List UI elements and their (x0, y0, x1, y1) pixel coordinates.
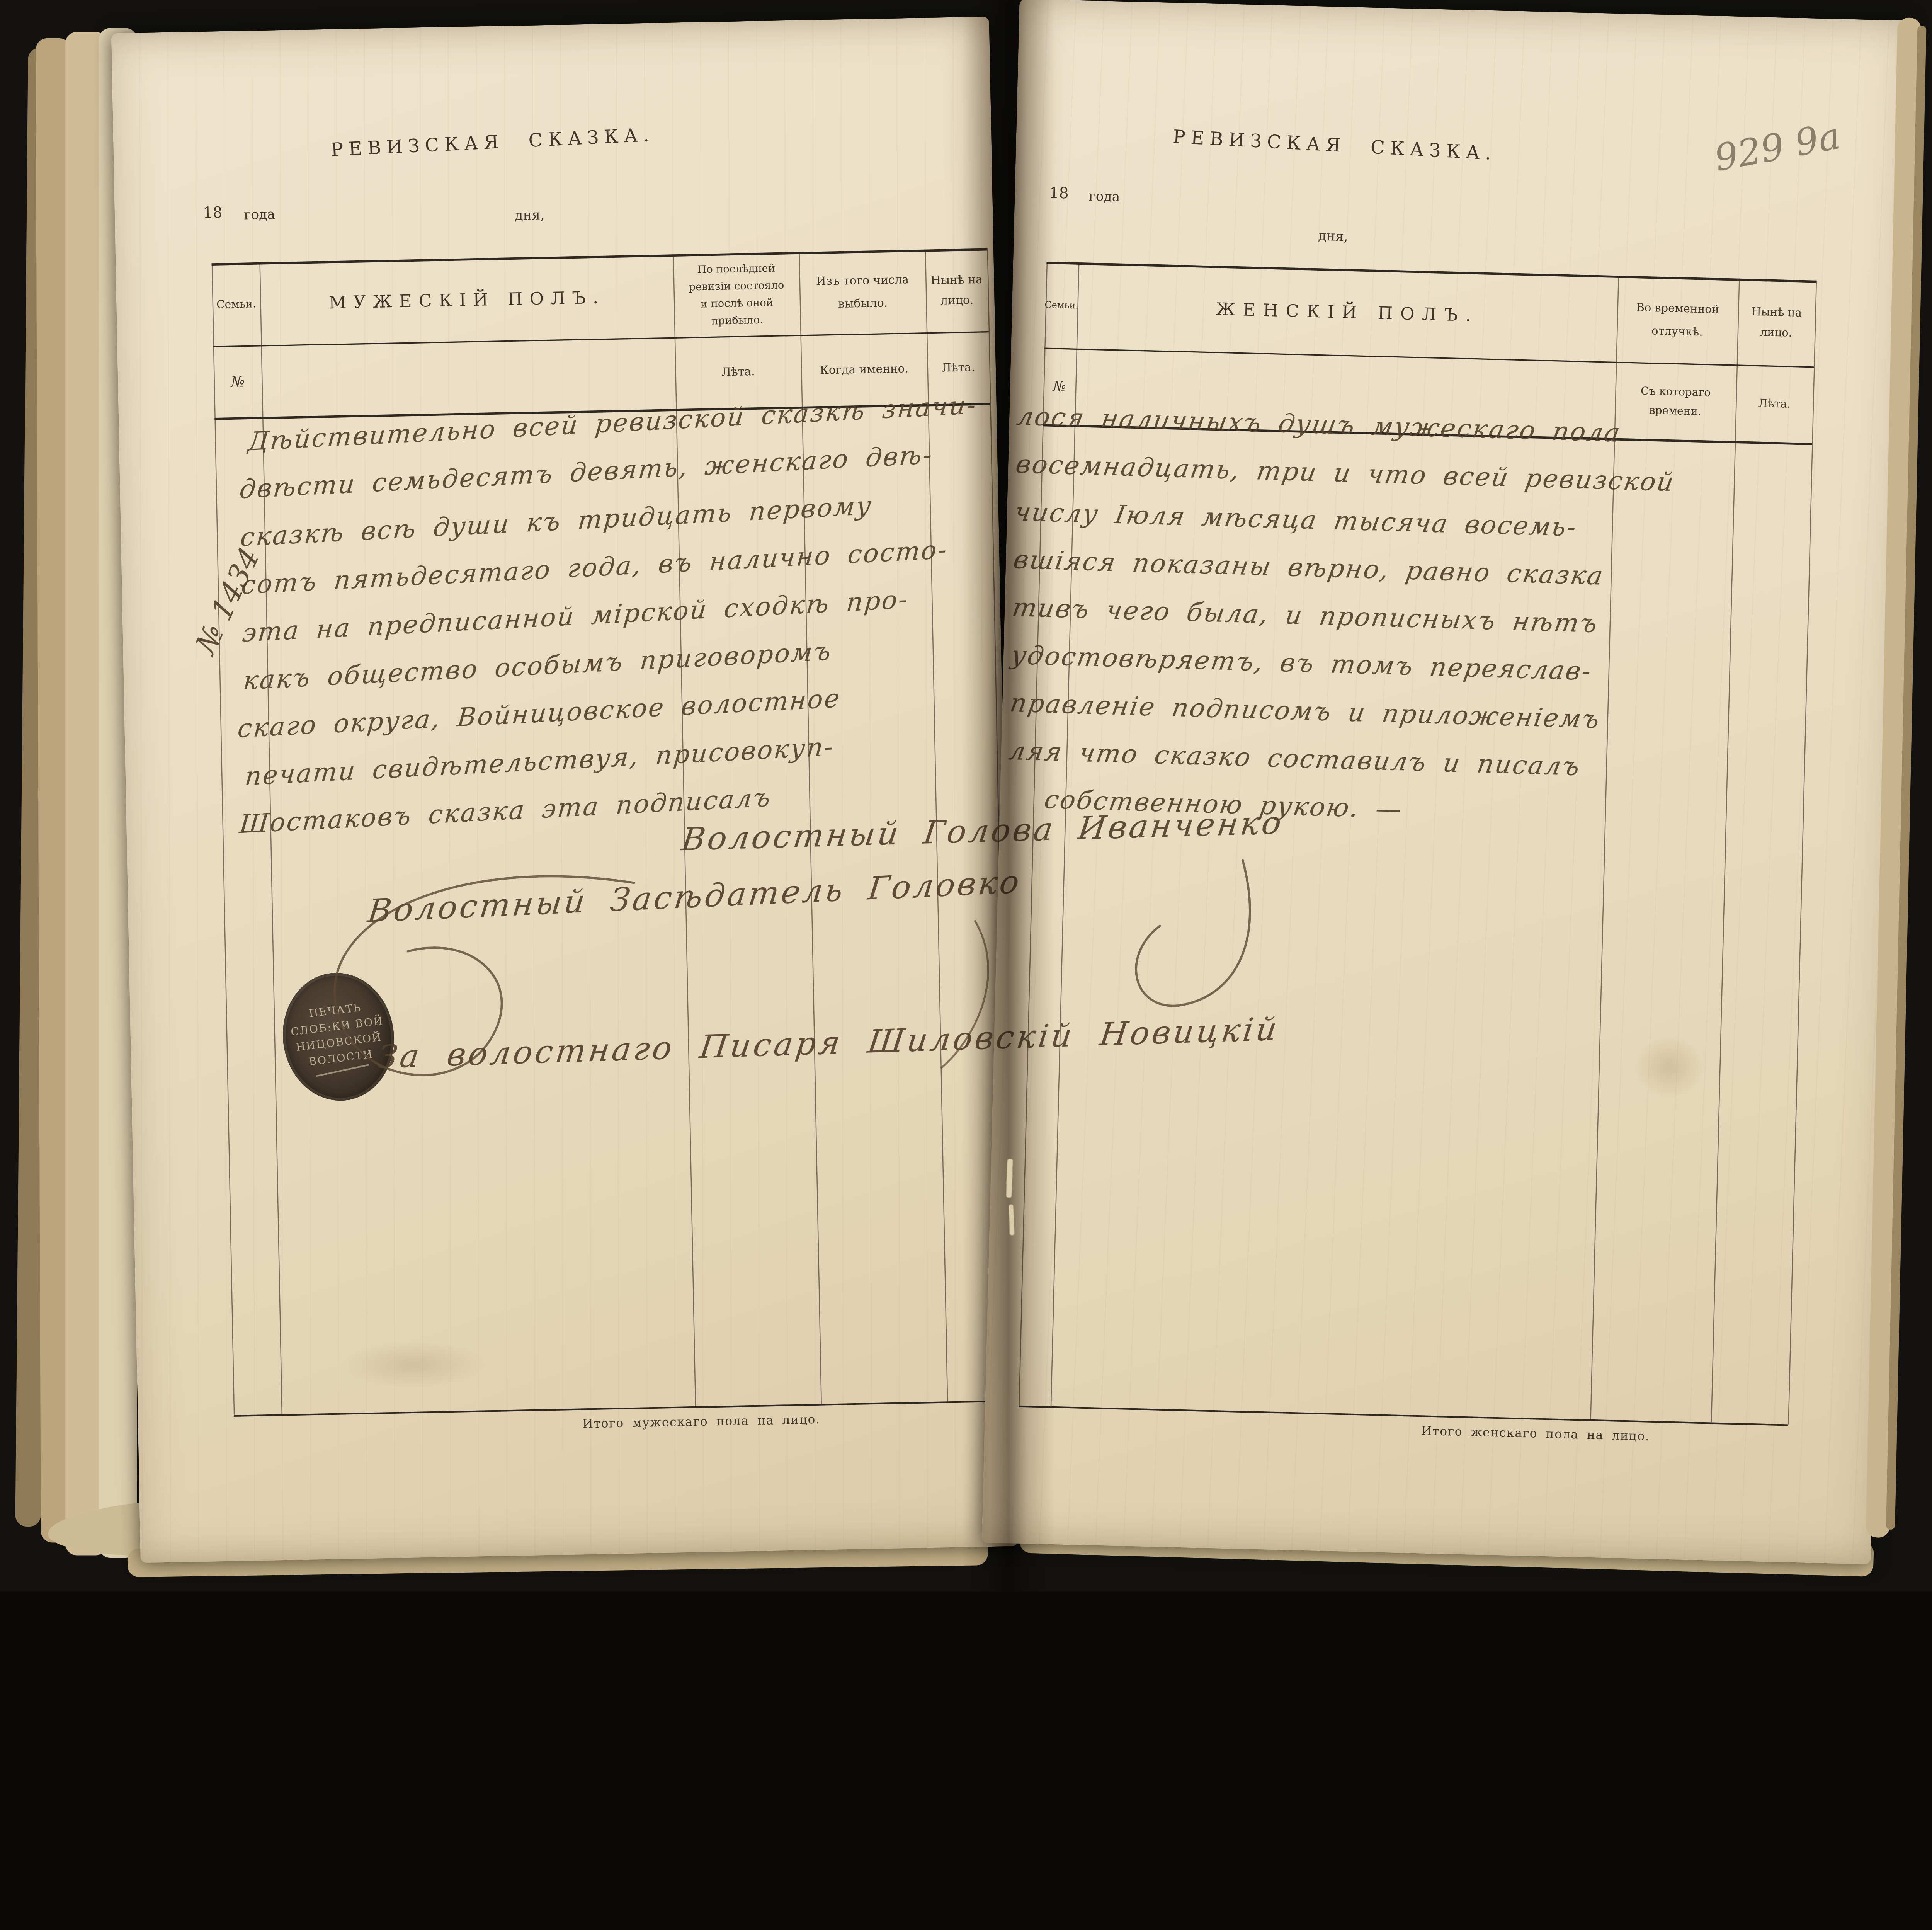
column-rule (1711, 279, 1740, 1423)
subheader-since-when: Съ котораго времени. (1614, 362, 1736, 441)
column-header-label: ЖЕНСКІЙ ПОЛЪ. (1216, 299, 1479, 325)
column-header-label: МУЖЕСКІЙ ПОЛЪ. (328, 287, 605, 313)
female-total-caption: Итого женскаго пола на лицо. (1421, 1424, 1650, 1443)
subheader-label: Лѣта. (942, 361, 975, 374)
manuscript-line: ляя что сказко составилъ и писалъ (1007, 736, 1583, 781)
numero-sign: № (1053, 378, 1066, 395)
year-label: года (244, 206, 276, 223)
year-label: года (1088, 188, 1120, 204)
column-header-previous-revision: По послѣдней ревизіи состояло и послѣ он… (673, 252, 801, 337)
column-header-label: Нынѣ на (1751, 301, 1802, 323)
manuscript-line: тивъ чего была, и прописныхъ нѣтъ (1010, 592, 1600, 638)
column-header-present: Нынѣ на лицо. (925, 248, 989, 332)
subheader-number: № (213, 345, 262, 418)
column-header-label: Семьи. (1044, 299, 1078, 311)
male-total-caption: Итого мужескаго пола на лицо. (582, 1412, 820, 1431)
column-header-label: и послѣ оной (701, 294, 774, 312)
subheader-years: Лѣта. (1735, 364, 1814, 443)
page-title: РЕВИЗСКАЯ СКАЗКА. (250, 120, 735, 164)
column-header-label: лицо. (940, 290, 974, 311)
column-header-label: ревизіи состояло (689, 276, 784, 295)
column-header-departed: Изъ того числа выбыло. (799, 250, 927, 335)
manuscript-line: вшіяся показаны вѣрно, равно сказка (1011, 545, 1606, 591)
subheader-label: Лѣта. (721, 365, 755, 379)
manuscript-line: печати свидѣтельствуя, присовокуп- (244, 732, 836, 791)
page-title: РЕВИЗСКАЯ СКАЗКА. (1086, 121, 1583, 169)
pencil-folio-number: 929 9а (1711, 114, 1844, 180)
column-rule (212, 263, 235, 1415)
column-header-label: отлучкѣ. (1651, 320, 1703, 344)
binding-thread (1008, 1204, 1015, 1236)
column-header-male-sex: МУЖЕСКІЙ ПОЛЪ. (259, 254, 674, 345)
table-bottom-rule (234, 1400, 1009, 1417)
column-header-label: прибыло. (711, 311, 763, 330)
manuscript-line: числу Іюля мѣсяца тысяча восемь- (1012, 497, 1579, 542)
column-header-label: лицо. (1760, 322, 1793, 344)
manuscript-line: восемнадцать, три и что всей ревизской (1014, 449, 1677, 497)
column-header-family: Семьи. (212, 262, 261, 346)
column-header-label: Изъ того числа (816, 268, 909, 293)
revision-list-book-scan: РЕВИЗСКАЯ СКАЗКА. 18 года дня, Семьи. МУ… (0, 0, 1932, 1591)
subheader-label: Лѣта. (1758, 397, 1791, 410)
column-header-label: По послѣдней (697, 259, 775, 278)
ink-smudge (340, 1339, 488, 1390)
manuscript-line: удостовѣряетъ, въ томъ переяслав- (1009, 640, 1594, 686)
manuscript-line: скаго округа, Войницовское волостное (236, 683, 842, 744)
column-rule (1788, 281, 1817, 1425)
manuscript-line: какъ общество особымъ приговоромъ (242, 636, 833, 696)
table-bottom-rule (1019, 1406, 1788, 1426)
column-header-present: Нынѣ на лицо. (1737, 279, 1816, 366)
column-header-label: выбыло. (838, 292, 888, 316)
column-header-family: Семьи. (1044, 262, 1078, 349)
manuscript-line: лося наличныхъ душъ мужескаго пола (1015, 401, 1623, 448)
subheader-label: Съ котораго (1640, 381, 1711, 402)
column-header-female-sex: ЖЕНСКІЙ ПОЛЪ. (1077, 262, 1618, 362)
manuscript-line: правленіе подписомъ и приложеніемъ (1008, 688, 1603, 734)
subheader-years: Лѣта. (675, 335, 802, 409)
foxing-spot (1633, 1034, 1705, 1099)
day-label: дня, (515, 207, 545, 223)
year-prefix: 18 (1049, 184, 1069, 202)
subheader-label: времени. (1649, 401, 1701, 421)
numero-sign: № (231, 373, 245, 390)
left-page: РЕВИЗСКАЯ СКАЗКА. 18 года дня, Семьи. МУ… (111, 17, 1019, 1563)
day-label: дня, (1318, 228, 1348, 244)
column-header-label: Нынѣ на (930, 269, 983, 291)
right-page: РЕВИЗСКАЯ СКАЗКА. 18 года дня, 929 9а Се… (982, 0, 1908, 1564)
column-header-label: Во временной (1636, 296, 1719, 321)
column-header-temporary-absence: Во временной отлучкѣ. (1616, 276, 1739, 364)
column-header-label: Семьи. (216, 298, 256, 311)
year-prefix: 18 (203, 203, 223, 221)
subheader-label: Когда именно. (820, 362, 909, 377)
